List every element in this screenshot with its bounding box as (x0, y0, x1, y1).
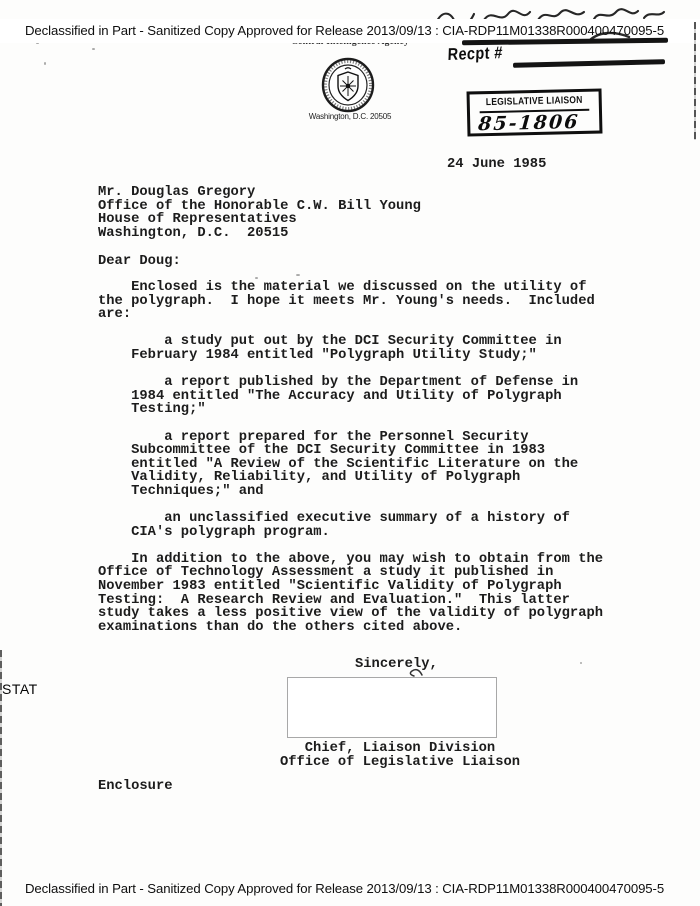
enclosure-note: Enclosure (98, 780, 173, 794)
letter-paragraph: Enclosed is the material we discussed on… (98, 281, 603, 322)
declassification-text-bottom: Declassified in Part - Sanitized Copy Ap… (25, 881, 664, 896)
redaction-box (287, 677, 497, 738)
letter-list-item: a report prepared for the Personnel Secu… (98, 431, 603, 499)
scan-speck (580, 662, 582, 664)
scan-speck (296, 274, 300, 276)
scan-speck (255, 277, 258, 279)
legislative-liaison-stamp: LEGISLATIVE LIAISON 85-1806 (467, 88, 603, 136)
letter-list-item: an unclassified executive summary of a h… (98, 512, 603, 539)
recipient-address: Mr. Douglas Gregory Office of the Honora… (98, 186, 421, 240)
marker-underline-icon (513, 59, 665, 67)
signer-title-block: Chief, Liaison Division Office of Legisl… (270, 742, 530, 769)
letter-paragraph: In addition to the above, you may wish t… (98, 553, 603, 635)
letter-date: 24 June 1985 (447, 158, 546, 172)
scan-speck (44, 62, 46, 65)
letterhead-location: Washington, D.C. 20505 (305, 112, 395, 121)
scan-speck (92, 48, 95, 50)
scan-edge-artifact (0, 650, 2, 906)
letter-list-item: a study put out by the DCI Security Comm… (98, 335, 603, 362)
receipt-stamp-label: Recpt # (447, 43, 503, 65)
cia-seal-icon (321, 57, 375, 113)
scanned-letter-page: Declassified in Part - Sanitized Copy Ap… (0, 0, 700, 906)
stamp-case-number: 85-1806 (469, 111, 600, 136)
stamp-title: LEGISLATIVE LIAISON (479, 92, 589, 113)
declassification-text-top: Declassified in Part - Sanitized Copy Ap… (25, 23, 664, 38)
scan-edge-artifact (694, 22, 696, 140)
signature-stroke-icon (396, 665, 440, 679)
letter-body: Enclosed is the material we discussed on… (98, 281, 603, 634)
stat-marking: STAT (2, 681, 38, 697)
salutation: Dear Doug: (98, 255, 181, 269)
letter-list-item: a report published by the Department of … (98, 376, 603, 417)
